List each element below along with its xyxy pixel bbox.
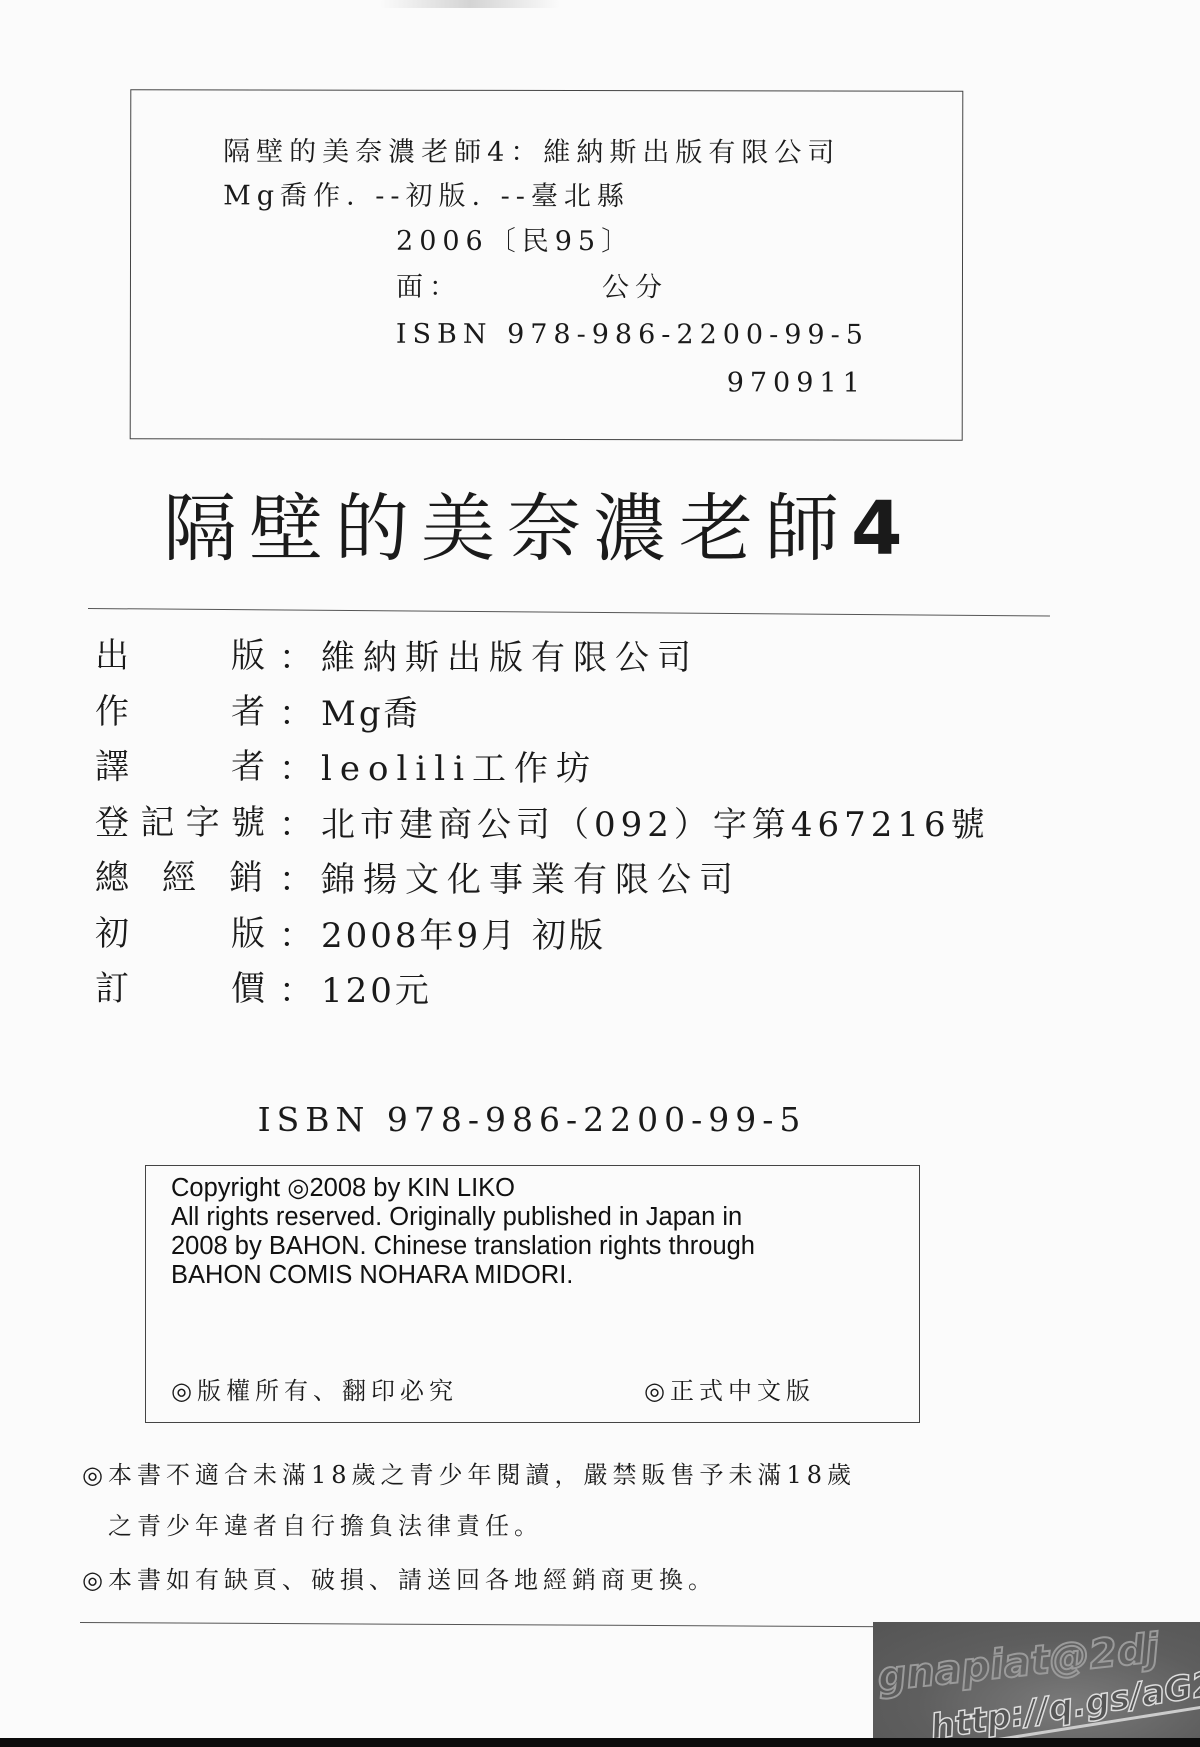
imprint-value: Mg喬 bbox=[321, 686, 421, 735]
copyright-box: Copyright ◎2008 by KIN LIKO All rights r… bbox=[145, 1165, 920, 1423]
imprint-label: 訂價 bbox=[95, 961, 265, 1010]
cip-pages: 面：公分 bbox=[396, 274, 668, 301]
colon: ： bbox=[279, 630, 313, 679]
isbn: ISBN 978-986-2200-99-5 bbox=[0, 1100, 1064, 1139]
cip-pages-label: 面： bbox=[396, 272, 462, 303]
imprint-label: 登記字號 bbox=[95, 795, 265, 844]
imprint-row-registration: 登記字號 ： 北市建商公司（092）字第467216號 bbox=[95, 795, 1095, 851]
imprint-label: 出版 bbox=[95, 628, 265, 677]
imprint-label: 作者 bbox=[95, 684, 265, 733]
book-title: 隔壁的美奈濃老師4 bbox=[163, 492, 903, 566]
cip-author-edition: Mg喬作. --初版. --臺北縣 bbox=[223, 182, 630, 210]
imprint-table: 出版 ： 維納斯出版有限公司 作者 ： Mg喬 譯者 ： leolili工作坊 … bbox=[95, 628, 1095, 1017]
defect-replacement-notice: ◎本書如有缺頁、破損、請送回各地經銷商更換。 bbox=[82, 1560, 717, 1595]
book-title-text: 隔壁的美奈濃老師 bbox=[163, 486, 851, 572]
book-volume-number: 4 bbox=[851, 486, 903, 572]
imprint-row-publisher: 出版 ： 維納斯出版有限公司 bbox=[95, 628, 1095, 684]
imprint-label: 總經銷 bbox=[95, 850, 263, 899]
colon: ： bbox=[279, 852, 313, 901]
scan-edge-band bbox=[0, 1738, 1200, 1747]
copyright-text: Copyright ◎2008 by KIN LIKO All rights r… bbox=[171, 1174, 911, 1290]
imprint-value: 120元 bbox=[321, 963, 432, 1012]
cip-isbn: ISBN 978-986-2200-99-5 bbox=[396, 321, 869, 349]
colon: ： bbox=[279, 963, 313, 1012]
age-restriction-notice: ◎本書不適合未滿18歲之青少年閱讀，嚴禁販售予未滿18歲 bbox=[82, 1455, 856, 1490]
imprint-row-distributor: 總經銷 ： 錦揚文化事業有限公司 bbox=[95, 850, 1095, 906]
title-divider bbox=[88, 608, 1050, 617]
imprint-row-author: 作者 ： Mg喬 bbox=[95, 684, 1095, 740]
copyright-line: Copyright ◎2008 by KIN LIKO bbox=[171, 1174, 911, 1203]
copyright-line: All rights reserved. Originally publishe… bbox=[171, 1203, 911, 1232]
copyright-line: BAHON COMIS NOHARA MIDORI. bbox=[171, 1261, 911, 1290]
copyright-line: 2008 by BAHON. Chinese translation right… bbox=[171, 1232, 911, 1261]
colon: ： bbox=[279, 908, 313, 957]
scan-smudge bbox=[380, 0, 560, 8]
official-edition-note: ◎正式中文版 bbox=[644, 1371, 815, 1406]
scan-watermark: gnapiat@2dj http://q.gs/aG25 bbox=[873, 1622, 1200, 1740]
imprint-row-edition: 初版 ： 2008年9月 初版 bbox=[95, 906, 1095, 962]
colon: ： bbox=[279, 741, 313, 790]
cip-title-publisher: 隔壁的美奈濃老師4：維納斯出版有限公司 bbox=[223, 138, 840, 166]
imprint-value: 維納斯出版有限公司 bbox=[321, 630, 699, 679]
imprint-label: 譯者 bbox=[95, 739, 265, 788]
imprint-value: 2008年9月 初版 bbox=[321, 908, 606, 957]
colon: ： bbox=[279, 686, 313, 735]
cip-code: 970911 bbox=[727, 369, 866, 396]
imprint-value: leolili工作坊 bbox=[321, 741, 598, 790]
imprint-value: 錦揚文化事業有限公司 bbox=[321, 852, 741, 901]
age-restriction-notice-cont: 之青少年違者自行擔負法律責任。 bbox=[108, 1506, 543, 1541]
colon: ： bbox=[279, 797, 313, 846]
cip-catalog-box: 隔壁的美奈濃老師4：維納斯出版有限公司 Mg喬作. --初版. --臺北縣 20… bbox=[130, 89, 964, 440]
imprint-row-translator: 譯者 ： leolili工作坊 bbox=[95, 739, 1095, 795]
imprint-value: 北市建商公司（092）字第467216號 bbox=[321, 797, 990, 846]
imprint-label: 初版 bbox=[95, 906, 265, 955]
imprint-row-price: 訂價 ： 120元 bbox=[95, 961, 1095, 1017]
all-rights-reserved-note: ◎版權所有、翻印必究 bbox=[171, 1371, 458, 1406]
cip-pages-unit: 公分 bbox=[602, 272, 668, 303]
cip-year: 2006〔民95〕 bbox=[396, 228, 634, 255]
